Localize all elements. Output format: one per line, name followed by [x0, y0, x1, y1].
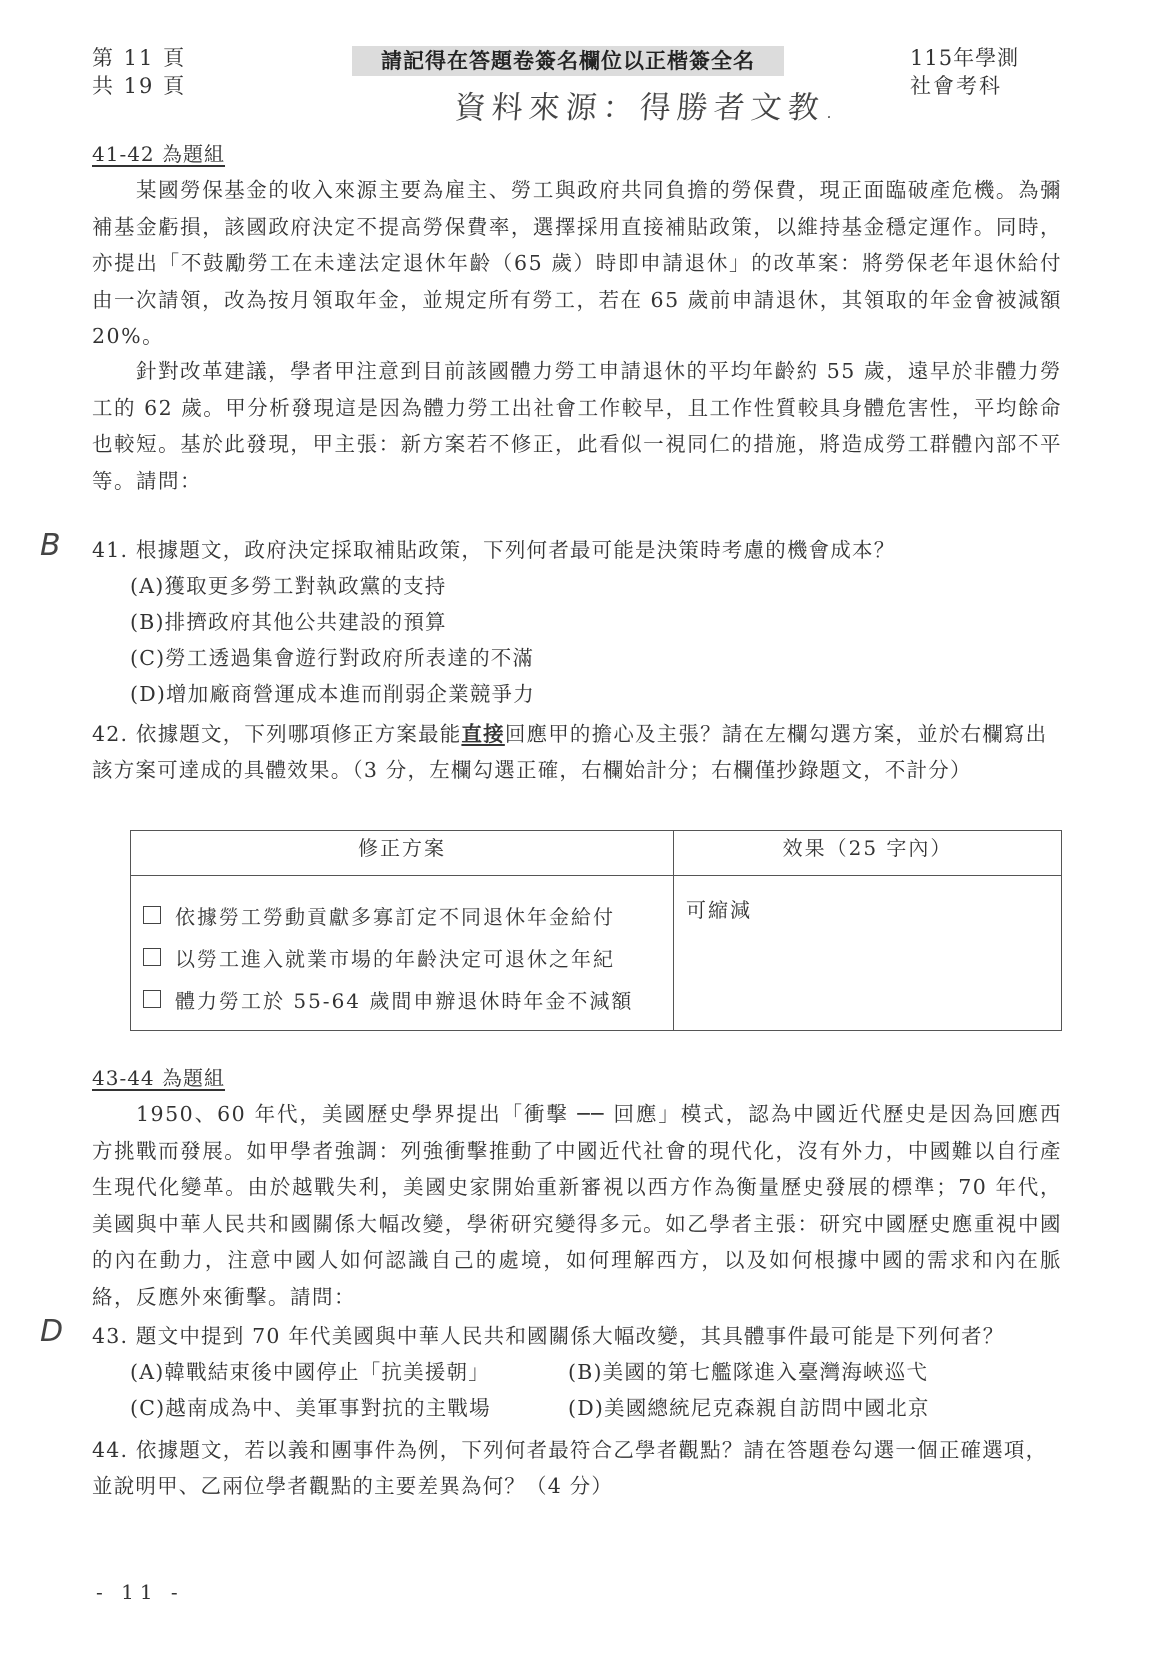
q42-plan-option-1-label: 依據勞工勞動貢獻多寡訂定不同退休年金給付	[175, 901, 615, 930]
group2-passage-text: 1950、60 年代，美國歷史學界提出「衝擊 ── 回應」模式，認為中國近代歷史…	[92, 1102, 1062, 1309]
group-title-43-44: 43-44 為題組	[92, 1062, 225, 1091]
group1-passage-1-text: 某國勞保基金的收入來源主要為雇主、勞工與政府共同負擔的勞保費，現正面臨破產危機。…	[92, 178, 1062, 348]
q41-option-a: (A)獲取更多勞工對執政黨的支持	[130, 568, 447, 604]
q42-header-effect: 效果（25 字內）	[674, 831, 1062, 876]
q41-option-d: (D)增加廠商營運成本進而削弱企業競爭力	[130, 676, 535, 712]
signature-reminder-banner: 請記得在答題卷簽名欄位以正楷簽全名	[352, 46, 784, 76]
question-43-stem: 43. 題文中提到 70 年代美國與中華人民共和國關係大幅改變，其具體事件最可能…	[92, 1318, 1082, 1354]
q42-plan-option-3-label: 體力勞工於 55-64 歲間申辦退休時年金不減額	[175, 985, 633, 1014]
q42-plan-option-2[interactable]: 以勞工進入就業市場的年齡決定可退休之年紀	[143, 936, 673, 978]
question-42-stem: 42. 依據題文，下列哪項修正方案最能直接回應甲的擔心及主張？請在左欄勾選方案，…	[92, 716, 1062, 788]
exam-subject: 社會考科	[910, 72, 1002, 100]
q42-effect-cell[interactable]: 可縮減	[674, 876, 1062, 1031]
page-number-footer: - 11 -	[96, 1580, 184, 1604]
page-current: 第 11 頁	[92, 44, 186, 72]
q42-answer-table: 修正方案 效果（25 字內） 依據勞工勞動貢獻多寡訂定不同退休年金給付 以勞工進…	[130, 830, 1062, 1031]
exam-year: 115年學測	[910, 44, 1019, 72]
q42-table-header-row: 修正方案 效果（25 字內）	[131, 831, 1062, 876]
q43-option-a: (A)韓戰結束後中國停止「抗美援朝」	[130, 1354, 490, 1390]
group1-passage-1: 某國勞保基金的收入來源主要為雇主、勞工與政府共同負擔的勞保費，現正面臨破產危機。…	[92, 172, 1062, 355]
q43-option-c: (C)越南成為中、美軍事對抗的主戰場	[130, 1390, 491, 1426]
q43-option-b: (B)美國的第七艦隊進入臺灣海峽巡弋	[568, 1354, 928, 1390]
handwritten-source-note: 資料來源：得勝者文教.	[453, 82, 842, 127]
checkbox-icon[interactable]	[143, 906, 161, 924]
q42-table-body-row: 依據勞工勞動貢獻多寡訂定不同退休年金給付 以勞工進入就業市場的年齡決定可退休之年…	[131, 876, 1062, 1031]
group1-passage-2-text: 針對改革建議，學者甲注意到目前該國體力勞工申請退休的平均年齡約 55 歲，遠早於…	[92, 359, 1062, 493]
question-41-stem: 41. 根據題文，政府決定採取補貼政策，下列何者最可能是決策時考慮的機會成本？	[92, 532, 1062, 568]
q42-effect-text: 可縮減	[686, 898, 752, 922]
q41-option-b: (B)排擠政府其他公共建設的預算	[130, 604, 447, 640]
q42-header-plan: 修正方案	[131, 831, 674, 876]
q42-plan-option-1[interactable]: 依據勞工勞動貢獻多寡訂定不同退休年金給付	[143, 894, 673, 936]
handwritten-answer-41: B	[40, 528, 61, 563]
page-total: 共 19 頁	[92, 72, 186, 100]
q42-stem-prefix: 42. 依據題文，下列哪項修正方案最能	[92, 722, 461, 746]
q42-plan-options-cell: 依據勞工勞動貢獻多寡訂定不同退休年金給付 以勞工進入就業市場的年齡決定可退休之年…	[131, 876, 674, 1031]
q42-stem-emphasis: 直接	[461, 722, 504, 746]
q41-option-c: (C)勞工透過集會遊行對政府所表達的不滿	[130, 640, 534, 676]
q42-plan-option-3[interactable]: 體力勞工於 55-64 歲間申辦退休時年金不減額	[143, 978, 673, 1020]
q42-plan-option-2-label: 以勞工進入就業市場的年齡決定可退休之年紀	[175, 943, 615, 972]
group-title-41-42: 41-42 為題組	[92, 138, 225, 167]
q43-option-d: (D)美國總統尼克森親自訪問中國北京	[568, 1390, 930, 1426]
handwritten-answer-43: D	[40, 1314, 63, 1349]
group2-passage: 1950、60 年代，美國歷史學界提出「衝擊 ── 回應」模式，認為中國近代歷史…	[92, 1096, 1062, 1315]
checkbox-icon[interactable]	[143, 990, 161, 1008]
question-44-stem: 44. 依據題文，若以義和團事件為例，下列何者最符合乙學者觀點？請在答題卷勾選一…	[92, 1432, 1062, 1504]
group1-passage-2: 針對改革建議，學者甲注意到目前該國體力勞工申請退休的平均年齡約 55 歲，遠早於…	[92, 353, 1062, 499]
checkbox-icon[interactable]	[143, 948, 161, 966]
